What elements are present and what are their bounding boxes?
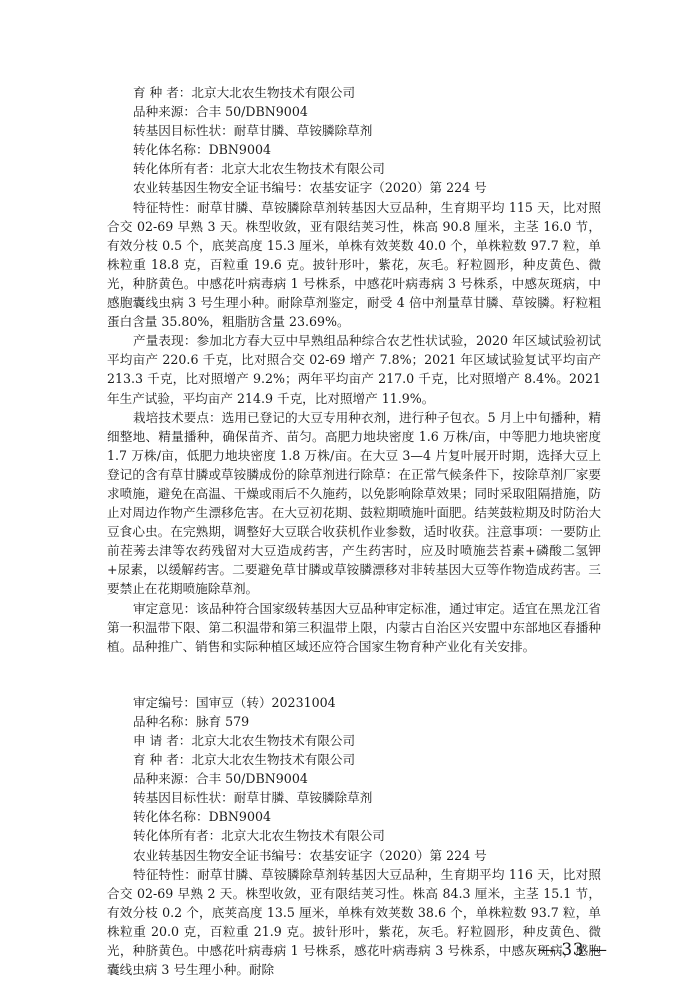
field-applicant: 申 请 者：北京大北农生物技术有限公司 [107, 731, 601, 750]
field-label: 农业转基因生物安全证书编号： [133, 848, 309, 863]
field-event-owner: 转化体所有者：北京大北农生物技术有限公司 [107, 826, 601, 845]
field-label: 转化体名称： [133, 142, 209, 157]
field-label: 转化体名称： [133, 809, 209, 824]
paragraph-characteristics: 特征特性：耐草甘膦、草铵膦除草剂转基因大豆品种，生育期平均 116 天，比对照合… [107, 865, 601, 980]
section-gap [107, 656, 601, 693]
entry-2: 审定编号：国审豆（转）20231004 品种名称：脉育 579 申 请 者：北京… [107, 693, 601, 979]
field-label: 育 种 者： [133, 752, 191, 767]
field-breeder: 育 种 者：北京大北农生物技术有限公司 [107, 750, 601, 769]
field-value: 合丰 50/DBN9004 [196, 771, 308, 786]
field-value: 北京大北农生物技术有限公司 [221, 161, 385, 176]
field-value: 北京大北农生物技术有限公司 [221, 828, 385, 843]
field-safety-cert: 农业转基因生物安全证书编号：农基安证字（2020）第 224 号 [107, 846, 601, 865]
field-safety-cert: 农业转基因生物安全证书编号：农基安证字（2020）第 224 号 [107, 178, 601, 197]
field-target-trait: 转基因目标性状：耐草甘膦、草铵膦除草剂 [107, 121, 601, 140]
field-value: 耐草甘膦、草铵膦除草剂 [234, 123, 373, 138]
field-value: 国审豆（转）20231004 [196, 695, 336, 710]
field-source: 品种来源：合丰 50/DBN9004 [107, 102, 601, 121]
field-label: 转基因目标性状： [133, 123, 234, 138]
paragraph-approval-opinion: 审定意见：该品种符合国家级转基因大豆品种审定标准，通过审定。适宜在黑龙江省第一积… [107, 599, 601, 656]
field-label: 品种来源： [133, 104, 196, 119]
document-page: 育 种 者：北京大北农生物技术有限公司 品种来源：合丰 50/DBN9004 转… [107, 83, 601, 979]
entry-1: 育 种 者：北京大北农生物技术有限公司 品种来源：合丰 50/DBN9004 转… [107, 83, 601, 656]
field-value: 农基安证字（2020）第 224 号 [309, 848, 486, 863]
field-event-name: 转化体名称：DBN9004 [107, 140, 601, 159]
field-value: DBN9004 [209, 809, 271, 824]
field-label: 品种来源： [133, 771, 196, 786]
field-label: 转基因目标性状： [133, 790, 234, 805]
field-value: 农基安证字（2020）第 224 号 [309, 180, 486, 195]
field-event-owner: 转化体所有者：北京大北农生物技术有限公司 [107, 159, 601, 178]
field-source: 品种来源：合丰 50/DBN9004 [107, 769, 601, 788]
field-value: 北京大北农生物技术有限公司 [191, 733, 355, 748]
field-value: 耐草甘膦、草铵膦除草剂 [234, 790, 373, 805]
field-value: 合丰 50/DBN9004 [196, 104, 308, 119]
field-label: 转化体所有者： [133, 828, 221, 843]
paragraph-yield: 产量表现：参加北方春大豆中早熟组品种综合农艺性状试验，2020 年区域试验初试平… [107, 331, 601, 407]
field-label: 申 请 者： [133, 733, 191, 748]
field-label: 转化体所有者： [133, 161, 221, 176]
paragraph-cultivation: 栽培技术要点：选用已登记的大豆专用种衣剂，进行种子包衣。5 月上中旬播种，精细整… [107, 408, 601, 599]
page-number: — 33 — [538, 940, 607, 960]
field-breeder: 育 种 者：北京大北农生物技术有限公司 [107, 83, 601, 102]
field-label: 育 种 者： [133, 85, 191, 100]
field-value: 北京大北农生物技术有限公司 [191, 752, 355, 767]
field-value: 北京大北农生物技术有限公司 [191, 85, 355, 100]
field-event-name: 转化体名称：DBN9004 [107, 807, 601, 826]
field-approval-number: 审定编号：国审豆（转）20231004 [107, 693, 601, 712]
field-variety-name: 品种名称：脉育 579 [107, 712, 601, 731]
field-value: DBN9004 [209, 142, 271, 157]
field-target-trait: 转基因目标性状：耐草甘膦、草铵膦除草剂 [107, 788, 601, 807]
field-label: 品种名称： [133, 714, 196, 729]
field-label: 农业转基因生物安全证书编号： [133, 180, 309, 195]
field-value: 脉育 579 [196, 714, 249, 729]
paragraph-characteristics: 特征特性：耐草甘膦、草铵膦除草剂转基因大豆品种，生育期平均 115 天，比对照合… [107, 198, 601, 332]
field-label: 审定编号： [133, 695, 196, 710]
